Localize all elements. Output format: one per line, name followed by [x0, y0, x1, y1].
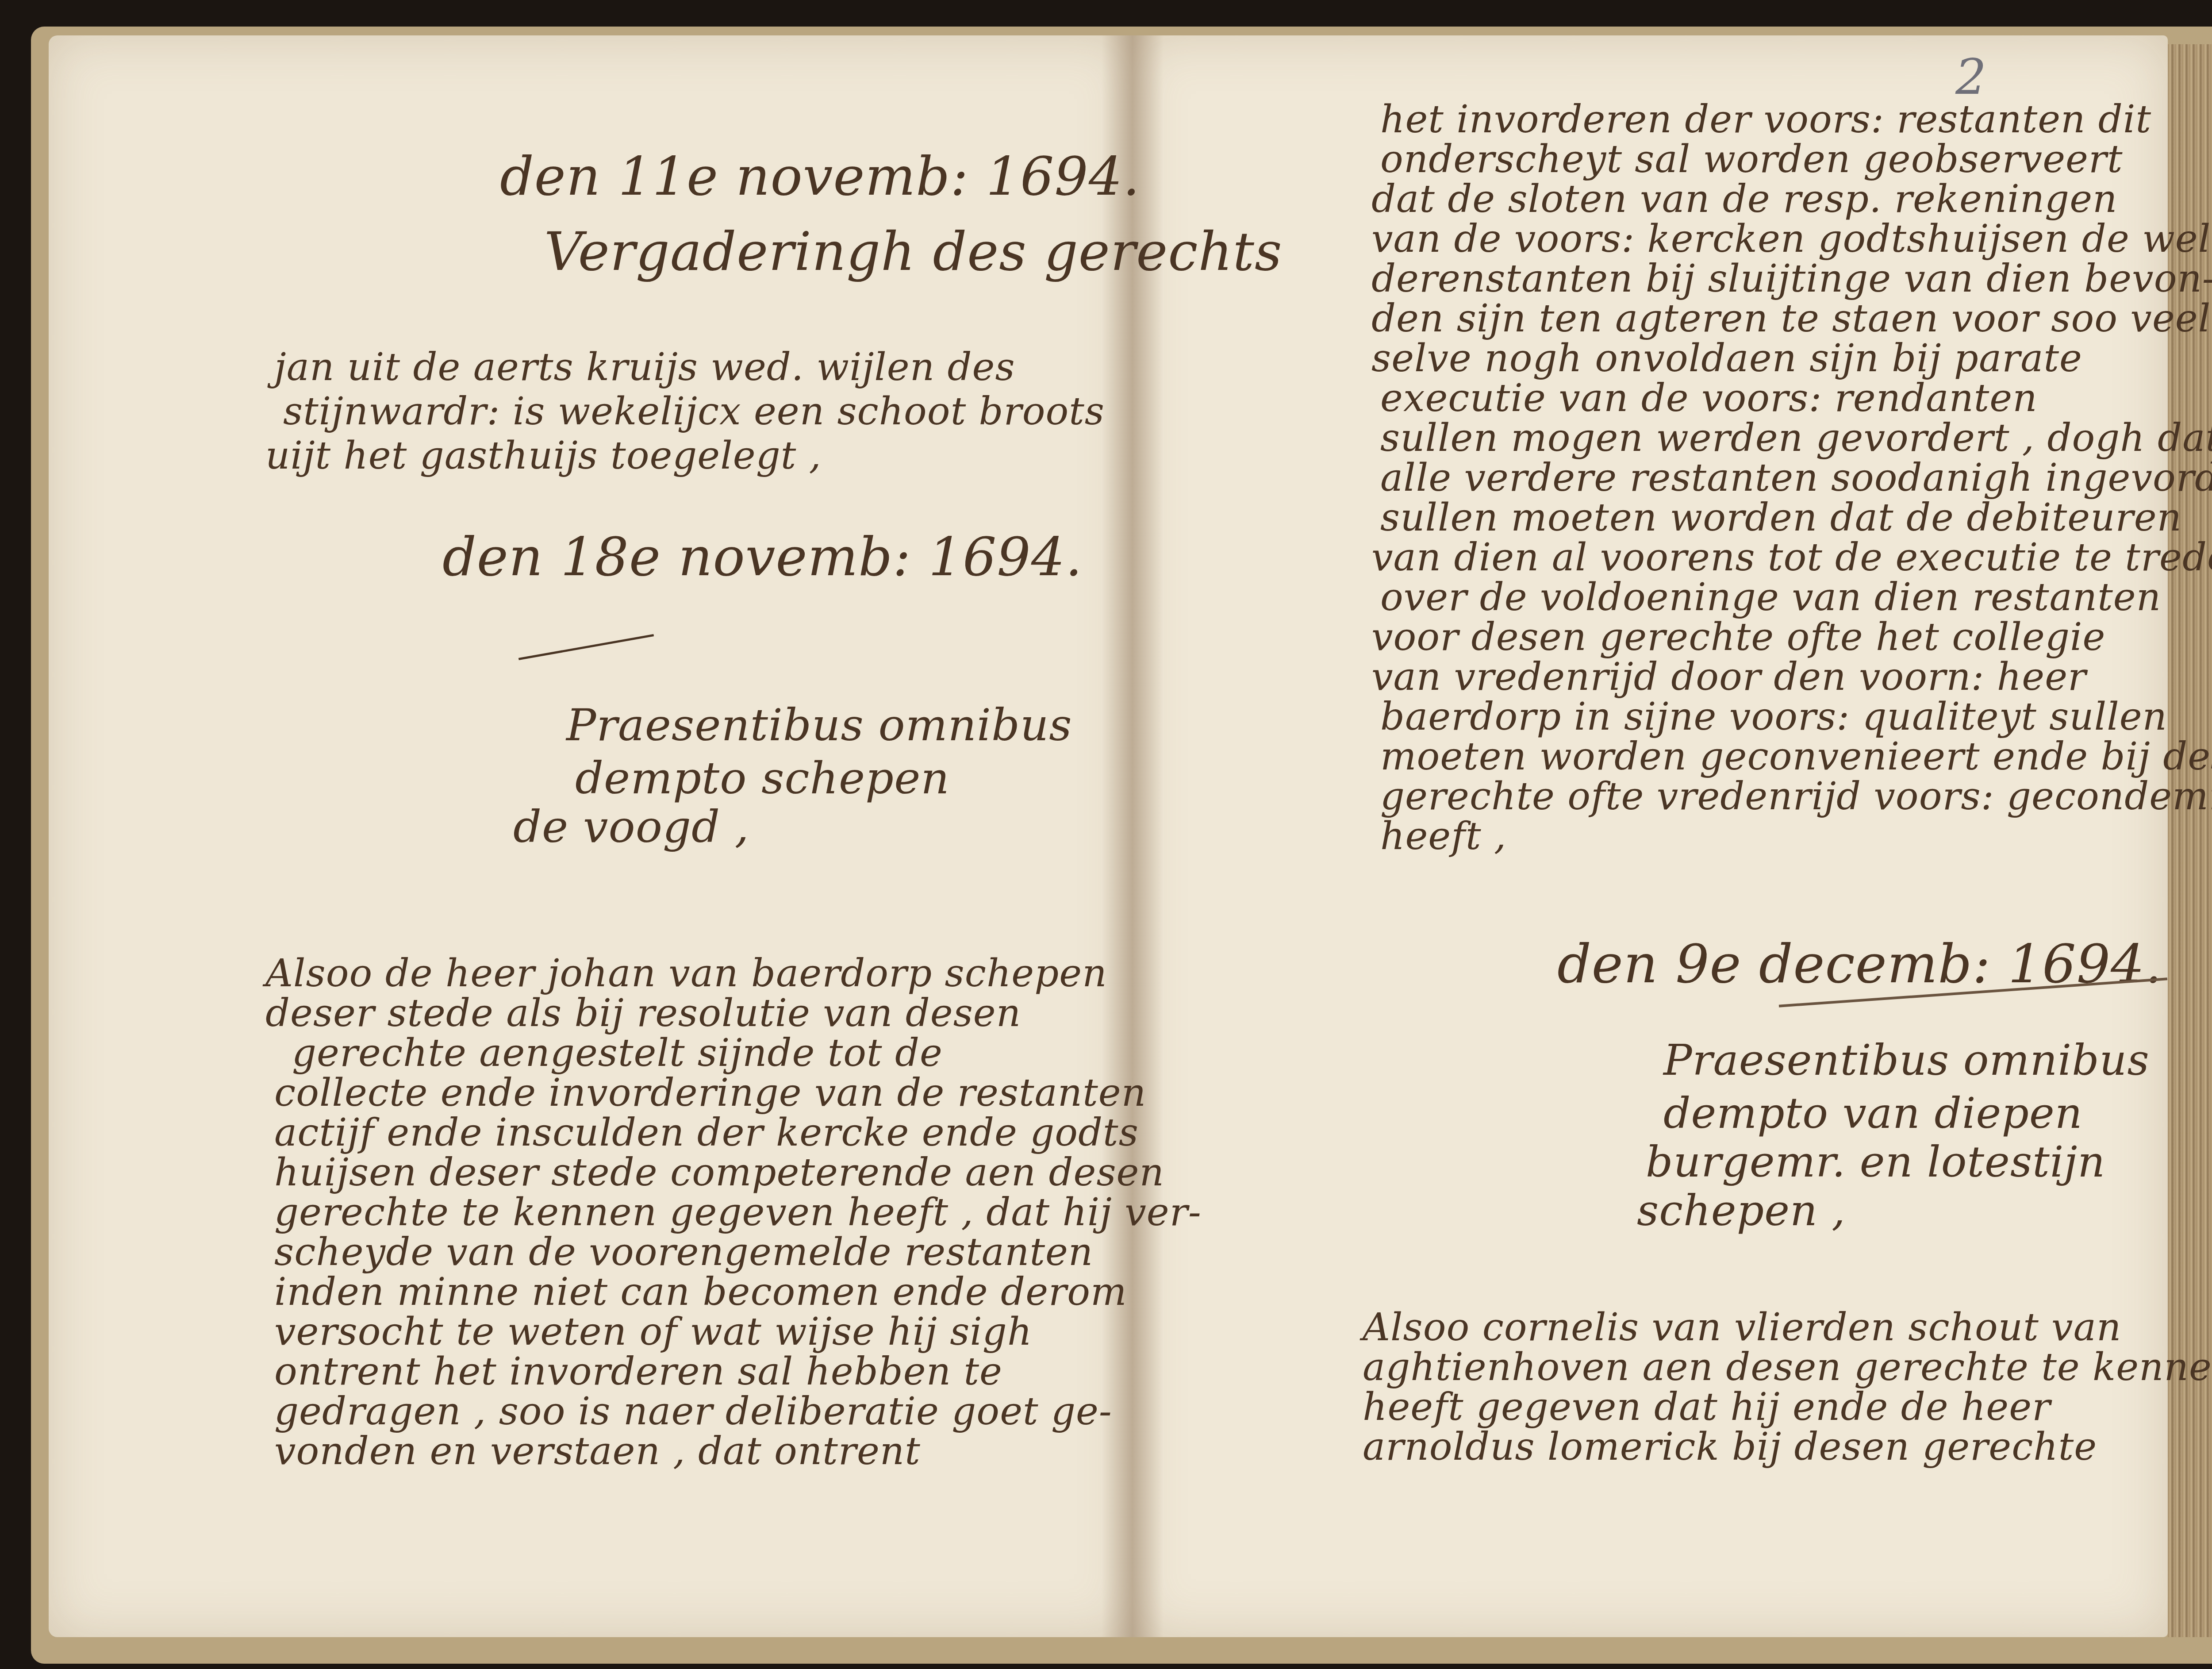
entry2-line: Alsoo de heer johan van baerdorp schepen — [265, 951, 1107, 996]
entry3-line: Alsoo cornelis van vlierden schout van — [1363, 1305, 2121, 1350]
continuation-line: onderscheyt sal worden geobserveert — [1380, 137, 2123, 181]
entry2-line: collecte ende invorderinge van de restan… — [274, 1071, 1146, 1115]
entry3-attendance: schepen , — [1637, 1186, 1846, 1235]
continuation-line: derenstanten bij sluijtinge van dien bev… — [1371, 257, 2212, 301]
continuation-line: van de voors: kercken godtshuijsen de we… — [1371, 217, 2212, 261]
continuation-line: van dien al voorens tot de executie te t… — [1371, 535, 2212, 580]
continuation-line: moeten worden geconvenieert ende bij des… — [1380, 735, 2212, 779]
entry2-line: vonden en verstaen , dat ontrent — [274, 1429, 921, 1473]
entry2-line: gerechte aengestelt sijnde tot de — [292, 1031, 943, 1075]
entry1-line: stijnwardr: is wekelijcx een schoot broo… — [283, 389, 1105, 434]
entry3-line: aghtienhoven aen desen gerechte te kenne… — [1363, 1345, 2212, 1389]
entry2-attendance: dempto schepen — [575, 752, 950, 804]
entry2-attendance: Praesentibus omnibus — [566, 699, 1072, 751]
continuation-line: het invorderen der voors: restanten dit — [1380, 97, 2151, 142]
continuation-line: heeft , — [1380, 814, 1506, 858]
entry3-line: arnoldus lomerick bij desen gerechte — [1363, 1425, 2097, 1469]
entry1-date-heading: den 11e novemb: 1694. — [500, 146, 1140, 208]
continuation-line: selve nogh onvoldaen sijn bij parate — [1371, 336, 2082, 381]
entry2-line: versocht te weten of wat wijse hij sigh — [274, 1310, 1032, 1354]
entry1-line: uijt het gasthuijs toegelegt , — [265, 434, 822, 478]
continuation-line: den sijn ten agteren te staen voor soo v… — [1371, 296, 2212, 341]
continuation-line: sullen mogen werden gevordert , dogh dat — [1380, 416, 2212, 460]
entry3-attendance: burgemr. en lotestijn — [1646, 1137, 2105, 1187]
continuation-line: voor desen gerechte ofte het collegie — [1371, 615, 2105, 659]
continuation-line: dat de sloten van de resp. rekeningen — [1371, 177, 2117, 221]
continuation-line: baerdorp in sijne voors: qualiteyt sulle… — [1380, 695, 2167, 739]
entry3-attendance: dempto van diepen — [1663, 1088, 2083, 1138]
entry2-line: scheyde van de voorengemelde restanten — [274, 1230, 1093, 1274]
continuation-line: sullen moeten worden dat de debiteuren — [1380, 496, 2182, 540]
entry3-attendance: Praesentibus omnibus — [1663, 1035, 2150, 1085]
entry2-line: inden minne niet can becomen ende derom — [274, 1270, 1127, 1314]
continuation-line: gerechte ofte vredenrijd voors: gecondem… — [1380, 774, 2212, 819]
entry2-date-heading: den 18e novemb: 1694. — [442, 527, 1083, 588]
continuation-line: over de voldoeninge van dien restanten — [1380, 575, 2161, 619]
entry2-line: gedragen , soo is naer deliberatie goet … — [274, 1389, 1112, 1434]
entry2-line: deser stede als bij resolutie van desen — [265, 991, 1021, 1035]
entry3-line: heeft gegeven dat hij ende de heer — [1363, 1385, 2051, 1429]
entry2-line: actijf ende insculden der kercke ende go… — [274, 1111, 1139, 1155]
continuation-line: van vredenrijd door den voorn: heer — [1371, 655, 2086, 699]
entry2-line: gerechte te kennen gegeven heeft , dat h… — [274, 1190, 1202, 1234]
page-number: 2 — [1955, 49, 1986, 105]
entry1-subheading: Vergaderingh des gerechts — [544, 221, 1283, 283]
entry2-attendance: de voogd , — [513, 801, 749, 853]
entry1-line: jan uit de aerts kruijs wed. wijlen des — [274, 345, 1015, 389]
entry2-line: ontrent het invorderen sal hebben te — [274, 1350, 1002, 1394]
continuation-line: alle verdere restanten soodanigh ingevor… — [1380, 456, 2212, 500]
entry2-line: huijsen deser stede competerende aen des… — [274, 1150, 1164, 1195]
continuation-line: executie van de voors: rendanten — [1380, 376, 2038, 420]
